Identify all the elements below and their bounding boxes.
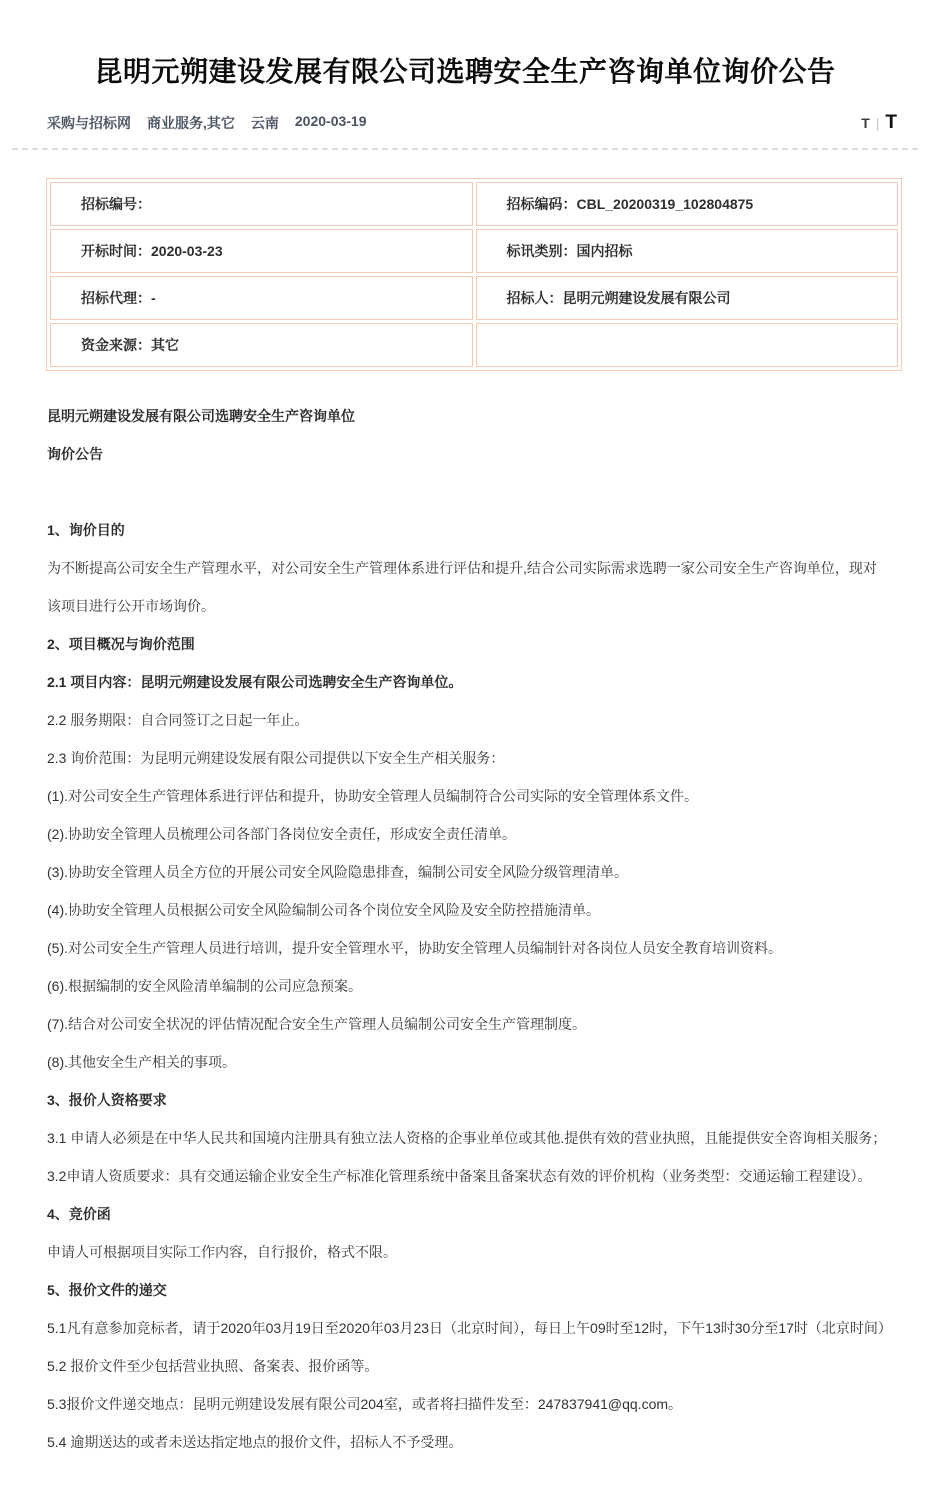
cell-value: 昆明元朔建设发展有限公司	[563, 290, 731, 306]
cell-value: 国内招标	[577, 243, 633, 259]
cell-label: 招标编号：	[81, 196, 151, 212]
article-heading: 3、报价人资格要求	[47, 1081, 888, 1119]
announcement-page: 昆明元朔建设发展有限公司选聘安全生产咨询单位询价公告 采购与招标网 商业服务,其…	[0, 0, 930, 1500]
meta-category: 商业服务,其它	[147, 113, 235, 133]
font-larger-button[interactable]: T	[885, 112, 897, 134]
cell-value: -	[151, 290, 156, 306]
article-heading: 询价公告	[47, 435, 888, 473]
article-paragraph: 申请人可根据项目实际工作内容，自行报价，格式不限。	[47, 1233, 888, 1271]
font-smaller-button[interactable]: T	[861, 115, 870, 131]
cell-label: 资金来源：	[81, 337, 151, 353]
meta-row: 采购与招标网 商业服务,其它 云南 2020-03-19 T | T	[47, 112, 897, 134]
article-paragraph: (7).结合对公司安全状况的评估情况配合安全生产管理人员编制公司安全生产管理制度…	[47, 1005, 888, 1043]
table-row: 招标编号： 招标编码：CBL_20200319_102804875	[50, 182, 898, 226]
cell-fund-source: 资金来源：其它	[50, 323, 473, 367]
cell-value: 其它	[151, 337, 179, 353]
article-heading: 5、报价文件的递交	[47, 1271, 888, 1309]
article-heading: 昆明元朔建设发展有限公司选聘安全生产咨询单位	[47, 397, 888, 435]
article-paragraph: 2.3 询价范围：为昆明元朔建设发展有限公司提供以下安全生产相关服务：	[47, 739, 888, 777]
table-row: 招标代理：- 招标人：昆明元朔建设发展有限公司	[50, 276, 898, 320]
article-paragraph: 3.2申请人资质要求：具有交通运输企业安全生产标准化管理系统中备案且备案状态有效…	[47, 1157, 888, 1195]
cell-bid-opening-time: 开标时间：2020-03-23	[50, 229, 473, 273]
cell-value: CBL_20200319_102804875	[577, 196, 754, 212]
cell-label: 开标时间：	[81, 243, 151, 259]
cell-tenderee: 招标人：昆明元朔建设发展有限公司	[476, 276, 899, 320]
cell-empty	[476, 323, 899, 367]
meta-region: 云南	[251, 113, 279, 133]
article-paragraph: 5.1凡有意参加竞标者，请于2020年03月19日至2020年03月23日（北京…	[47, 1309, 888, 1347]
article-paragraph: (5).对公司安全生产管理人员进行培训，提升安全管理水平，协助安全管理人员编制针…	[47, 929, 888, 967]
page-title: 昆明元朔建设发展有限公司选聘安全生产咨询单位询价公告	[0, 0, 930, 90]
cell-value: 2020-03-23	[151, 243, 223, 259]
font-size-controls: T | T	[861, 112, 897, 134]
font-controls-divider: |	[876, 115, 880, 131]
meta-source: 采购与招标网	[47, 113, 131, 133]
cell-tender-code: 招标编码：CBL_20200319_102804875	[476, 182, 899, 226]
cell-label: 招标编码：	[507, 196, 577, 212]
article-paragraph: 2.2 服务期限：自合同签订之日起一年止。	[47, 701, 888, 739]
article-heading: 2.1 项目内容：昆明元朔建设发展有限公司选聘安全生产咨询单位。	[47, 663, 888, 701]
article-heading: 1、询价目的	[47, 511, 888, 549]
article-paragraph: (2).协助安全管理人员梳理公司各部门各岗位安全责任，形成安全责任清单。	[47, 815, 888, 853]
article-paragraph: (6).根据编制的安全风险清单编制的公司应急预案。	[47, 967, 888, 1005]
dashed-divider	[12, 148, 918, 150]
cell-label: 招标代理：	[81, 290, 151, 306]
article-paragraph: (8).其他安全生产相关的事项。	[47, 1043, 888, 1081]
cell-label: 标讯类别：	[507, 243, 577, 259]
tender-info-table-wrap: 招标编号： 招标编码：CBL_20200319_102804875 开标时间：2…	[46, 178, 902, 371]
article-paragraph: 5.3报价文件递交地点：昆明元朔建设发展有限公司204室，或者将扫描件发至：24…	[47, 1385, 888, 1423]
article-paragraph: (1).对公司安全生产管理体系进行评估和提升，协助安全管理人员编制符合公司实际的…	[47, 777, 888, 815]
meta-date: 2020-03-19	[295, 113, 367, 133]
cell-label: 招标人：	[507, 290, 563, 306]
cell-tender-number: 招标编号：	[50, 182, 473, 226]
article-heading: 2、项目概况与询价范围	[47, 625, 888, 663]
article-spacer	[47, 473, 888, 511]
meta-info: 采购与招标网 商业服务,其它 云南 2020-03-19	[47, 113, 367, 133]
table-row: 开标时间：2020-03-23 标讯类别：国内招标	[50, 229, 898, 273]
article-paragraph: (4).协助安全管理人员根据公司安全风险编制公司各个岗位安全风险及安全防控措施清…	[47, 891, 888, 929]
table-row: 资金来源：其它	[50, 323, 898, 367]
cell-tender-agent: 招标代理：-	[50, 276, 473, 320]
cell-notice-category: 标讯类别：国内招标	[476, 229, 899, 273]
article-paragraph: 3.1 申请人必须是在中华人民共和国境内注册具有独立法人资格的企事业单位或其他.…	[47, 1119, 888, 1157]
article-paragraph: 5.4 逾期送达的或者未送达指定地点的报价文件，招标人不予受理。	[47, 1423, 888, 1461]
article-heading: 4、竞价函	[47, 1195, 888, 1233]
tender-info-table: 招标编号： 招标编码：CBL_20200319_102804875 开标时间：2…	[46, 178, 902, 371]
announcement-body: 昆明元朔建设发展有限公司选聘安全生产咨询单位 询价公告 1、询价目的 为不断提高…	[47, 397, 888, 1461]
article-paragraph: 为不断提高公司安全生产管理水平，对公司安全生产管理体系进行评估和提升,结合公司实…	[47, 549, 888, 625]
article-paragraph: (3).协助安全管理人员全方位的开展公司安全风险隐患排查，编制公司安全风险分级管…	[47, 853, 888, 891]
article-paragraph: 5.2 报价文件至少包括营业执照、备案表、报价函等。	[47, 1347, 888, 1385]
